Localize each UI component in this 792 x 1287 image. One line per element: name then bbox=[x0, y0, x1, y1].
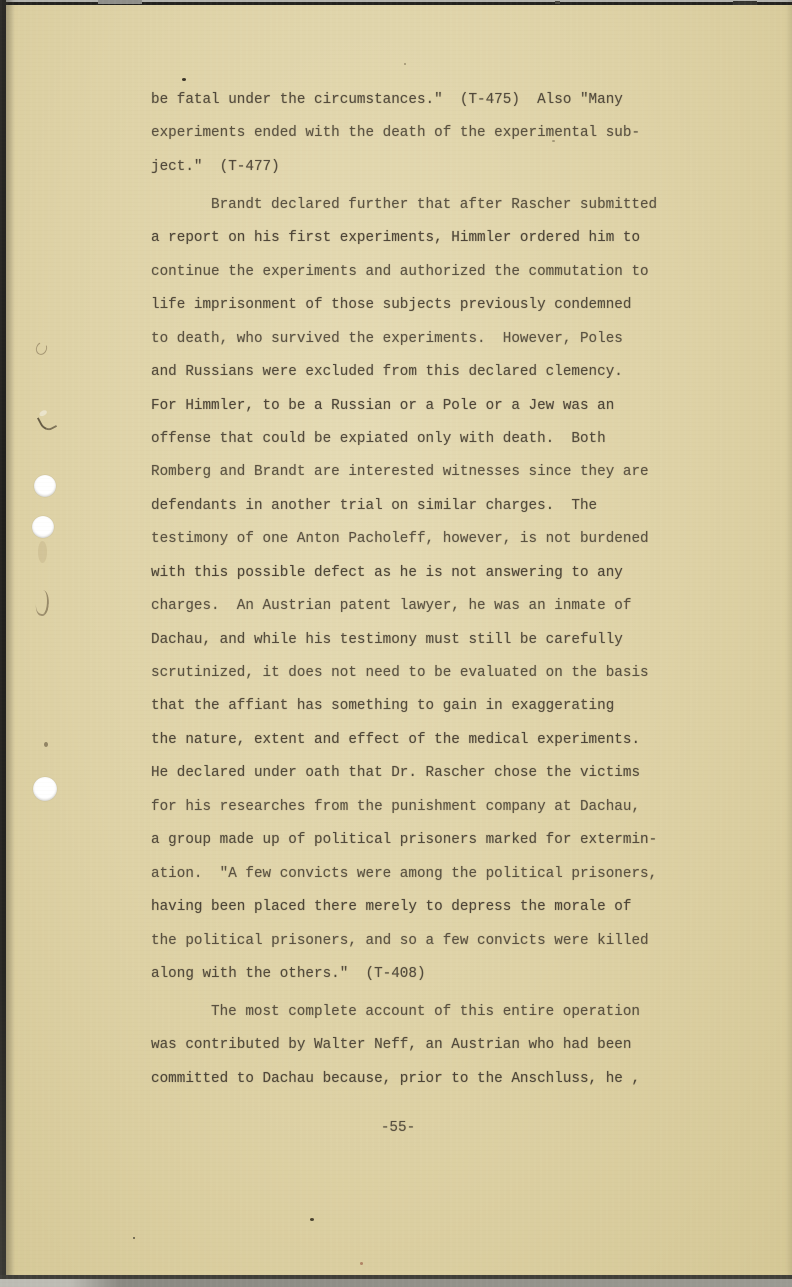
scan-edge-right-shadow bbox=[785, 0, 792, 1287]
text-line: and Russians were excluded from this dec… bbox=[151, 356, 726, 389]
text-line: for his researches from the punishment c… bbox=[151, 791, 726, 824]
text-line: life imprisonment of those subjects prev… bbox=[151, 289, 726, 322]
scan-edge-left-shadow bbox=[6, 0, 15, 1287]
text-line: to death, who survived the experiments. … bbox=[151, 323, 726, 356]
ink-speck bbox=[360, 1262, 363, 1265]
text-line: with this possible defect as he is not a… bbox=[151, 557, 726, 590]
punch-hole bbox=[34, 475, 56, 497]
text-line: ation. "A few convicts were among the po… bbox=[151, 858, 726, 891]
text-line: that the affiant has something to gain i… bbox=[151, 690, 726, 723]
text-line: Romberg and Brandt are interested witnes… bbox=[151, 456, 726, 489]
text-line: was contributed by Walter Neff, an Austr… bbox=[151, 1029, 726, 1062]
text-line: For Himmler, to be a Russian or a Pole o… bbox=[151, 390, 726, 423]
punch-hole bbox=[32, 516, 54, 538]
text-line: Dachau, and while his testimony must sti… bbox=[151, 624, 726, 657]
text-line: a group made up of political prisoners m… bbox=[151, 824, 726, 857]
margin-dot-mark bbox=[44, 742, 48, 747]
scan-edge-artifact bbox=[98, 0, 142, 4]
text-line: the nature, extent and effect of the med… bbox=[151, 724, 726, 757]
text-line: along with the others." (T-408) bbox=[151, 958, 726, 991]
margin-squiggle-mark bbox=[34, 589, 50, 617]
margin-tear-mark bbox=[37, 412, 57, 434]
text-line: Brandt declared further that after Rasch… bbox=[151, 189, 726, 222]
scan-edge-artifact bbox=[555, 1, 560, 4]
text-line: continue the experiments and authorized … bbox=[151, 256, 726, 289]
text-line: scrutinized, it does not need to be eval… bbox=[151, 657, 726, 690]
text-line: be fatal under the circumstances." (T-47… bbox=[151, 84, 726, 117]
page-number: -55- bbox=[368, 1112, 428, 1145]
margin-stain bbox=[38, 541, 47, 563]
text-line: ject." (T-477) bbox=[151, 151, 726, 184]
ink-speck bbox=[310, 1218, 314, 1221]
ink-speck bbox=[552, 140, 555, 142]
ink-speck bbox=[133, 1237, 135, 1239]
text-line: experiments ended with the death of the … bbox=[151, 117, 726, 150]
text-line: He declared under oath that Dr. Rascher … bbox=[151, 757, 726, 790]
text-line: testimony of one Anton Pacholeff, howeve… bbox=[151, 523, 726, 556]
ink-speck bbox=[404, 63, 406, 65]
text-line: the political prisoners, and so a few co… bbox=[151, 925, 726, 958]
text-line: offense that could be expiated only with… bbox=[151, 423, 726, 456]
text-line: committed to Dachau because, prior to th… bbox=[151, 1063, 726, 1096]
ink-speck bbox=[182, 78, 186, 81]
margin-curl-mark bbox=[34, 340, 49, 356]
typewritten-text: be fatal under the circumstances." (T-47… bbox=[151, 84, 726, 1096]
text-line: The most complete account of this entire… bbox=[151, 996, 726, 1029]
scanned-document-page: be fatal under the circumstances." (T-47… bbox=[0, 0, 792, 1287]
text-line: defendants in another trial on similar c… bbox=[151, 490, 726, 523]
text-line: charges. An Austrian patent lawyer, he w… bbox=[151, 590, 726, 623]
punch-hole bbox=[33, 777, 57, 801]
scan-edge-bottom bbox=[0, 1279, 792, 1287]
text-line: a report on his first experiments, Himml… bbox=[151, 222, 726, 255]
scan-edge-artifact bbox=[733, 1, 757, 5]
text-line: having been placed there merely to depre… bbox=[151, 891, 726, 924]
